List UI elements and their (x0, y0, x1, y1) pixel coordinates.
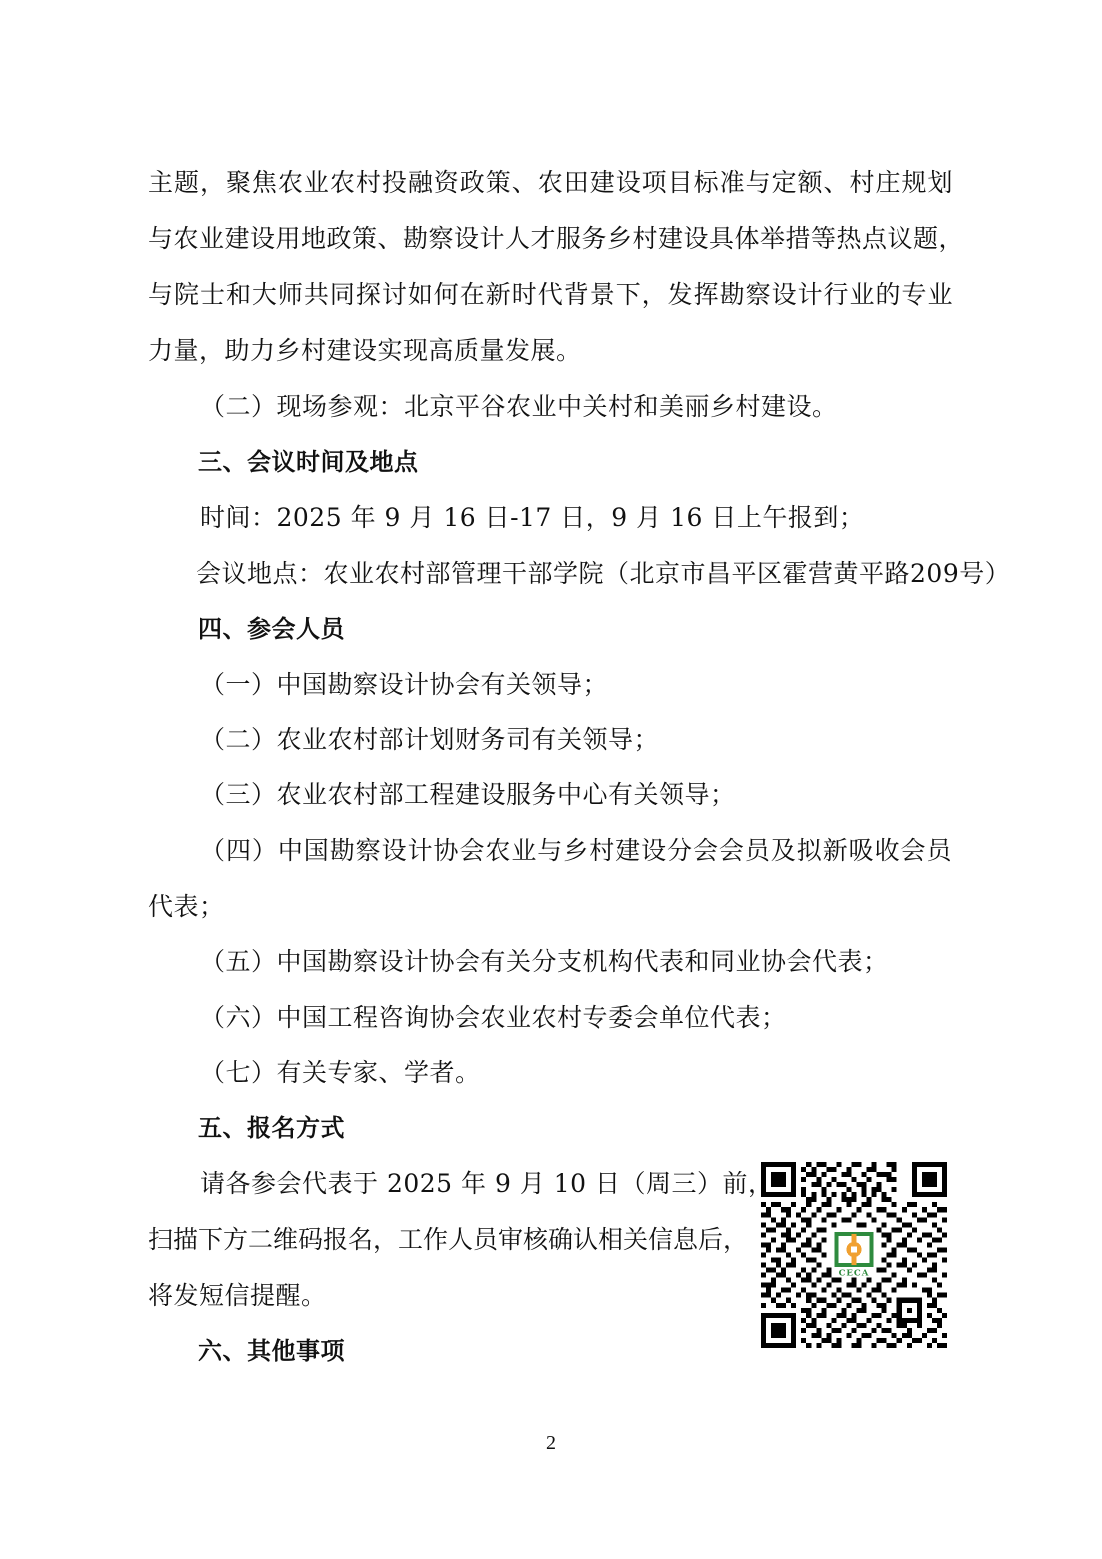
site-visit-item: （二）现场参观：北京平谷农业中关村和美丽乡村建设。 (200, 392, 838, 422)
paragraph-line: 主题，聚焦农业农村投融资政策、农田建设项目标准与定额、村庄规划 (148, 168, 953, 198)
ceca-logo-icon: CECA (831, 1232, 876, 1278)
attendee-item: （五）中国勘察设计协会有关分支机构代表和同业协会代表； (200, 947, 889, 977)
page-number: 2 (540, 1432, 562, 1455)
meeting-location: 会议地点：农业农村部管理干部学院（北京市昌平区霍营黄平路209号） (196, 559, 1010, 589)
section-heading-attendees: 四、参会人员 (198, 614, 345, 644)
registration-qr-code[interactable]: CECA (761, 1162, 947, 1348)
attendee-item: （三）农业农村部工程建设服务中心有关领导； (200, 780, 736, 810)
attendee-item-continued: 代表； (148, 892, 225, 922)
attendee-item: （四）中国勘察设计协会农业与乡村建设分会会员及拟新吸收会员 (200, 836, 952, 866)
attendee-item: （一）中国勘察设计协会有关领导； (200, 670, 608, 700)
attendee-item: （七）有关专家、学者。 (200, 1058, 481, 1088)
section-heading-time-location: 三、会议时间及地点 (198, 447, 419, 477)
qr-code-icon: CECA (761, 1162, 947, 1348)
section-heading-other-matters: 六、其他事项 (198, 1336, 345, 1366)
paragraph-line: 力量，助力乡村建设实现高质量发展。 (148, 336, 582, 366)
document-page: 主题，聚焦农业农村投融资政策、农田建设项目标准与定额、村庄规划 与农业建设用地政… (0, 0, 1102, 1559)
section-heading-registration: 五、报名方式 (198, 1113, 345, 1143)
paragraph-line: 与农业建设用地政策、勘察设计人才服务乡村建设具体举措等热点议题， (148, 224, 953, 254)
paragraph-line: 与院士和大师共同探讨如何在新时代背景下，发挥勘察设计行业的专业 (148, 280, 953, 310)
attendee-item: （二）农业农村部计划财务司有关领导； (200, 725, 659, 755)
svg-text:CECA: CECA (839, 1269, 870, 1279)
attendee-item: （六）中国工程咨询协会农业农村专委会单位代表； (200, 1003, 787, 1033)
registration-text: 请各参会代表于 2025 年 9 月 10 日（周三）前， (200, 1169, 774, 1199)
meeting-time: 时间：2025 年 9 月 16 日-17 日，9 月 16 日上午报到； (200, 503, 864, 533)
registration-text: 扫描下方二维码报名，工作人员审核确认相关信息后， (148, 1225, 748, 1255)
registration-text: 将发短信提醒。 (148, 1281, 327, 1311)
